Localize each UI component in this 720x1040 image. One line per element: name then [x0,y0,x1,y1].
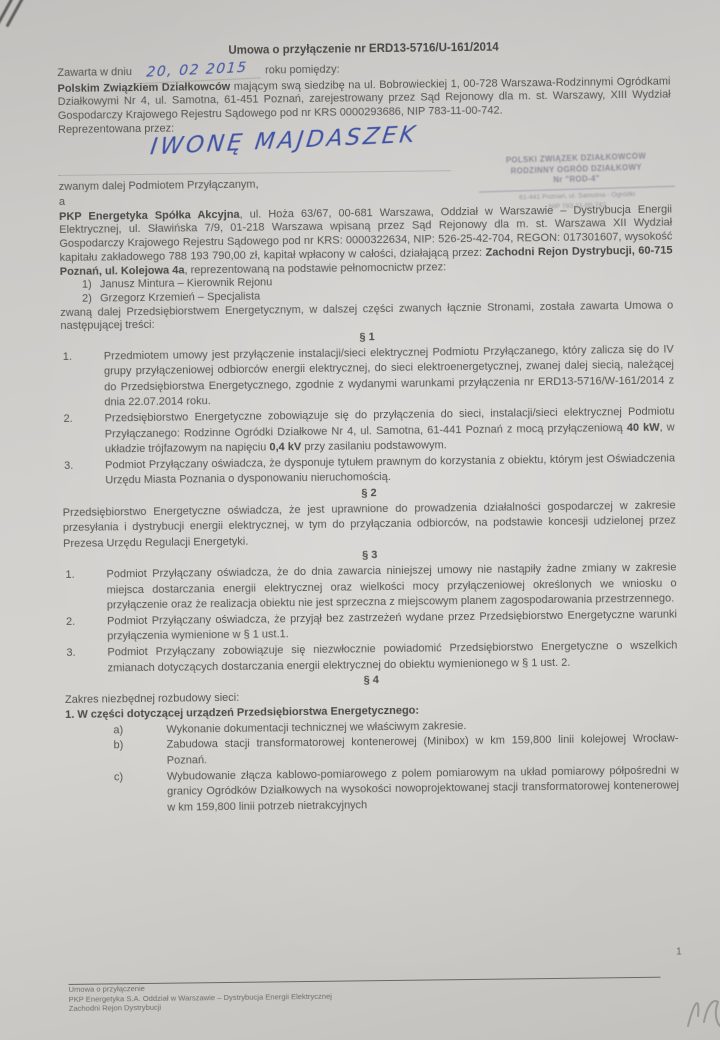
representative-number: 2) [82,293,92,307]
contract-document: Umowa o przyłączenie nr ERD13-5716/U-161… [57,39,682,1040]
item-number: 3. [64,459,73,475]
item-number: 3. [66,646,75,662]
letter-label: c) [114,770,123,786]
page-number: 1 [676,944,682,960]
handwritten-initials-mark [684,982,720,1032]
section-2-text: Przedsiębiorstwo Energetyczne oświadcza,… [63,498,677,552]
representative-name: Janusz Mintura – Kierownik Rejonu [100,277,273,291]
letter-text: Wybudowanie złącza kablowo-pomiarowego z… [167,764,679,813]
item-number: 1. [63,349,72,365]
date-prefix: Zawarta w dniu [57,66,132,79]
representative-name: Grzegorz Krzemień – Specjalista [100,290,260,304]
item-number: 2. [66,615,75,631]
section-1-item-2: 2.Przedsiębiorstwo Energetyczne zobowiąz… [61,404,675,458]
section-1-item-1: 1.Przedmiotem umowy jest przyłączenie in… [61,342,675,412]
organization-stamp: POLSKI ZWIĄZEK DZIAŁKOWCÓW RODZINNY OGRÓ… [470,151,684,216]
page-footer: Umowa o przyłączenie PKP Energetyka S.A.… [68,977,668,1014]
letter-text: Zabudowa stacji transformatorowej konten… [166,733,678,767]
scanned-contract-page: Umowa o przyłączenie nr ERD13-5716/U-161… [0,0,720,1040]
item-number: 1. [65,568,74,584]
item-text: Przedmiotem umowy jest przyłączenie inst… [104,343,674,409]
section-3-item-1: 1.Podmiot Przyłączany oświadcza, że do d… [63,560,677,614]
party2-description-2: , reprezentowaną na podstawie pełnomocni… [184,261,446,276]
signature-line [59,171,451,177]
letter-text: Wykonanie dokumentacji technicznej we wł… [166,720,466,736]
voltage-value: 0,4 kV [269,441,301,453]
item-text: Podmiot Przyłączany oświadcza, że do dni… [106,561,676,611]
letter-label: b) [113,739,123,755]
handwritten-representative-name: IWONĘ MAJDASZEK [149,128,418,156]
date-suffix: roku pomiędzy: [265,63,340,76]
item-text: przy zasilaniu podstawowym. [301,439,447,453]
item-text: Podmiot Przyłączany oświadcza, że przyją… [107,608,677,643]
item-number: 2. [63,412,72,428]
representative-number: 1) [82,279,92,293]
item-text: Przedsiębiorstwo Energetyczne zobowiązuj… [104,405,674,440]
party2-name: PKP Energetyka Spółka Akcyjna [59,208,240,222]
connection-power-value: 40 kW [627,421,660,433]
party2-paragraph: PKP Energetyka Spółka Akcyjna, ul. Hoża … [59,203,673,279]
letter-label: a) [113,723,123,739]
section-4-letter-c: c)Wybudowanie złącza kablowo-pomiarowego… [66,763,680,817]
item-text: Podmiot Przyłączany zobowiązuje się niez… [107,639,677,674]
item-text: Podmiot Przyłączany oświadcza, że dyspon… [105,452,675,487]
